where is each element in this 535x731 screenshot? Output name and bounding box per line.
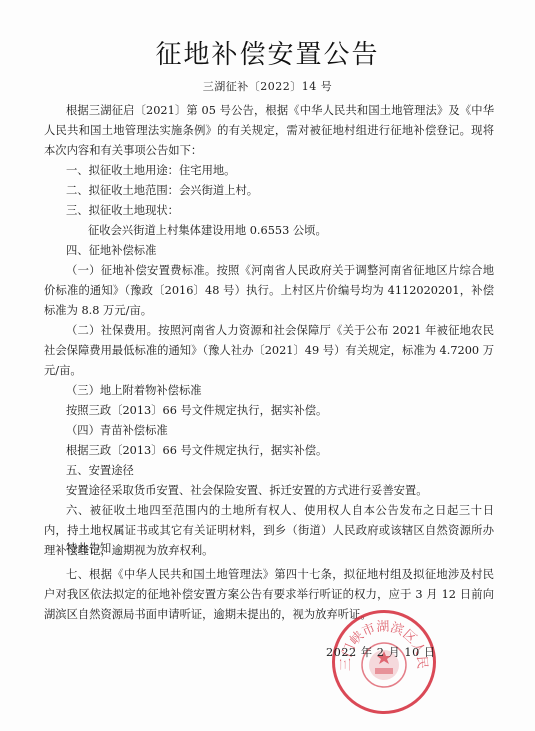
item-4: 四、征地补偿标准 — [44, 241, 494, 261]
seal-emblem-icon: 三门峡市湖滨区人民政府 — [335, 613, 433, 711]
document-number: 三湖征补〔2022〕14 号 — [0, 78, 535, 94]
document-date: 2022 年 2 月 10 日 — [326, 644, 436, 660]
item-5: 五、安置途径 — [44, 461, 494, 481]
item-5-detail: 安置途径采取货币安置、社会保险安置、拆迁安置的方式进行妥善安置。 — [44, 481, 494, 501]
item-3: 三、拟征收土地现状： — [44, 201, 494, 221]
closing-text: 特此告知 — [66, 540, 111, 556]
document-title: 征地补偿安置公告 — [0, 34, 535, 71]
item-1: 一、拟征收土地用途：住宅用地。 — [44, 161, 494, 181]
item-2: 二、拟征收土地范围：会兴街道上村。 — [44, 181, 494, 201]
item-4-4-detail: 根据三政〔2013〕66 号文件规定执行，据实补偿。 — [44, 441, 494, 461]
official-seal-icon: 三门峡市湖滨区人民政府 — [332, 610, 436, 714]
item-4-3-detail: 按照三政〔2013〕66 号文件规定执行，据实补偿。 — [44, 401, 494, 421]
document-body: 根据三湖征启〔2021〕第 05 号公告，根据《中华人民共和国土地管理法》及《中… — [44, 101, 494, 625]
item-4-3: （三）地上附着物补偿标准 — [44, 381, 494, 401]
item-3-detail: 征收会兴街道上村集体建设用地 0.6553 公顷。 — [44, 221, 494, 241]
item-4-4: （四）青苗补偿标准 — [44, 421, 494, 441]
item-4-2: （二）社保费用。按照河南省人力资源和社会保障厅《关于公布 2021 年被征地农民… — [44, 321, 494, 381]
document-page: 征地补偿安置公告 三湖征补〔2022〕14 号 根据三湖征启〔2021〕第 05… — [0, 0, 535, 731]
intro-paragraph: 根据三湖征启〔2021〕第 05 号公告，根据《中华人民共和国土地管理法》及《中… — [44, 101, 494, 161]
item-4-1: （一）征地补偿安置费标准。按照《河南省人民政府关于调整河南省征地区片综合地价标准… — [44, 261, 494, 321]
item-6: 六、被征收土地四至范围内的土地所有权人、使用权人自本公告发布之日起三十日内，持土… — [44, 501, 494, 561]
